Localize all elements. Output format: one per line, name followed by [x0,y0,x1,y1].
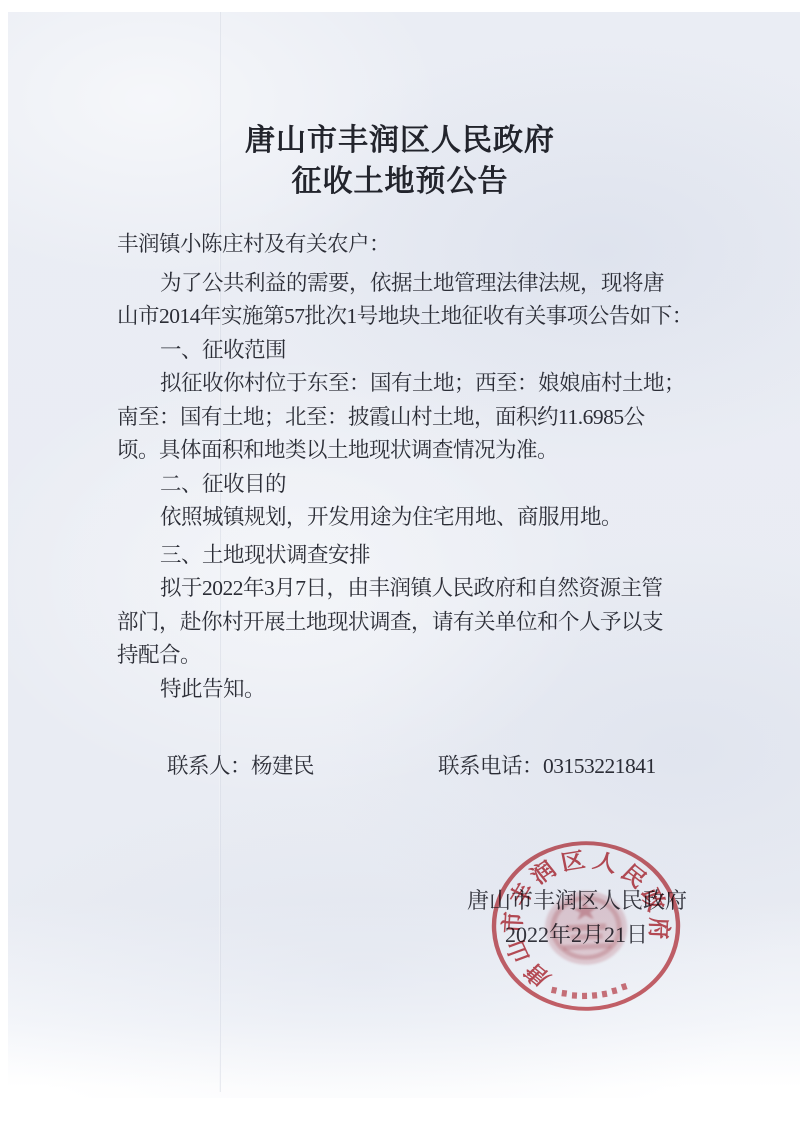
body-line: 南至：国有土地；北至：披霞山村土地，面积约11.6985公 [117,401,682,435]
seal-emblem-icon [543,889,629,967]
official-seal: 唐山市丰润区人民政府 [486,836,686,1016]
contact-phone: 联系电话：03153221841 [438,752,656,780]
contact-phone-label: 联系电话： [438,754,543,778]
contact-person-label: 联系人： [167,754,251,778]
salutation: 丰润镇小陈庄村及有关农户： [117,228,682,262]
document-body: 丰润镇小陈庄村及有关农户： 为了公共利益的需要，依据土地管理法律法规，现将唐 山… [117,228,682,706]
body-line: 部门，赴你村开展土地现状调查，请有关单位和个人予以支 [117,606,682,640]
contact-person: 联系人：杨建民 [167,752,314,780]
svg-text:区: 区 [559,848,587,875]
body-line-heading: 一、征收范围 [117,334,682,368]
body-line-heading: 二、征收目的 [117,468,682,502]
svg-text:府: 府 [645,917,673,940]
body-line: 持配合。 [117,639,682,673]
svg-text:市: 市 [499,911,527,934]
contact-row: 联系人：杨建民 联系电话：03153221841 [0,752,800,780]
document-title: 唐山市丰润区人民政府 征收土地预公告 [0,120,800,202]
body-line-heading: 三、土地现状调查安排 [117,539,682,573]
svg-text:人: 人 [590,848,620,877]
body-line: 为了公共利益的需要，依据土地管理法律法规，现将唐 [117,267,682,301]
svg-text:山: 山 [502,937,535,966]
body-line: 顷。具体面积和地类以土地现状调查情况为准。 [117,434,682,468]
body-line: 依照城镇规划，开发用途为住宅用地、商服用地。 [117,501,682,535]
title-line-1: 唐山市丰润区人民政府 [0,120,800,161]
svg-text:政: 政 [636,885,670,914]
title-line-2: 征收土地预公告 [0,161,800,202]
contact-person-name: 杨建民 [251,754,314,778]
seal-code-marks [551,983,629,1001]
body-line: 拟于2022年3月7日，由丰润镇人民政府和自然资源主管 [117,572,682,606]
scanned-document-page: { "colors": { "seal_red": "#c0414a", "in… [0,0,800,1131]
body-line: 特此告知。 [117,673,682,707]
svg-text:丰: 丰 [505,879,540,909]
contact-phone-number: 03153221841 [543,754,656,778]
body-line: 山市2014年实施第57批次1号地块土地征收有关事项公告如下： [117,300,682,334]
body-line: 拟征收你村位于东至：国有土地；西至：娘娘庙村土地； [117,367,682,401]
